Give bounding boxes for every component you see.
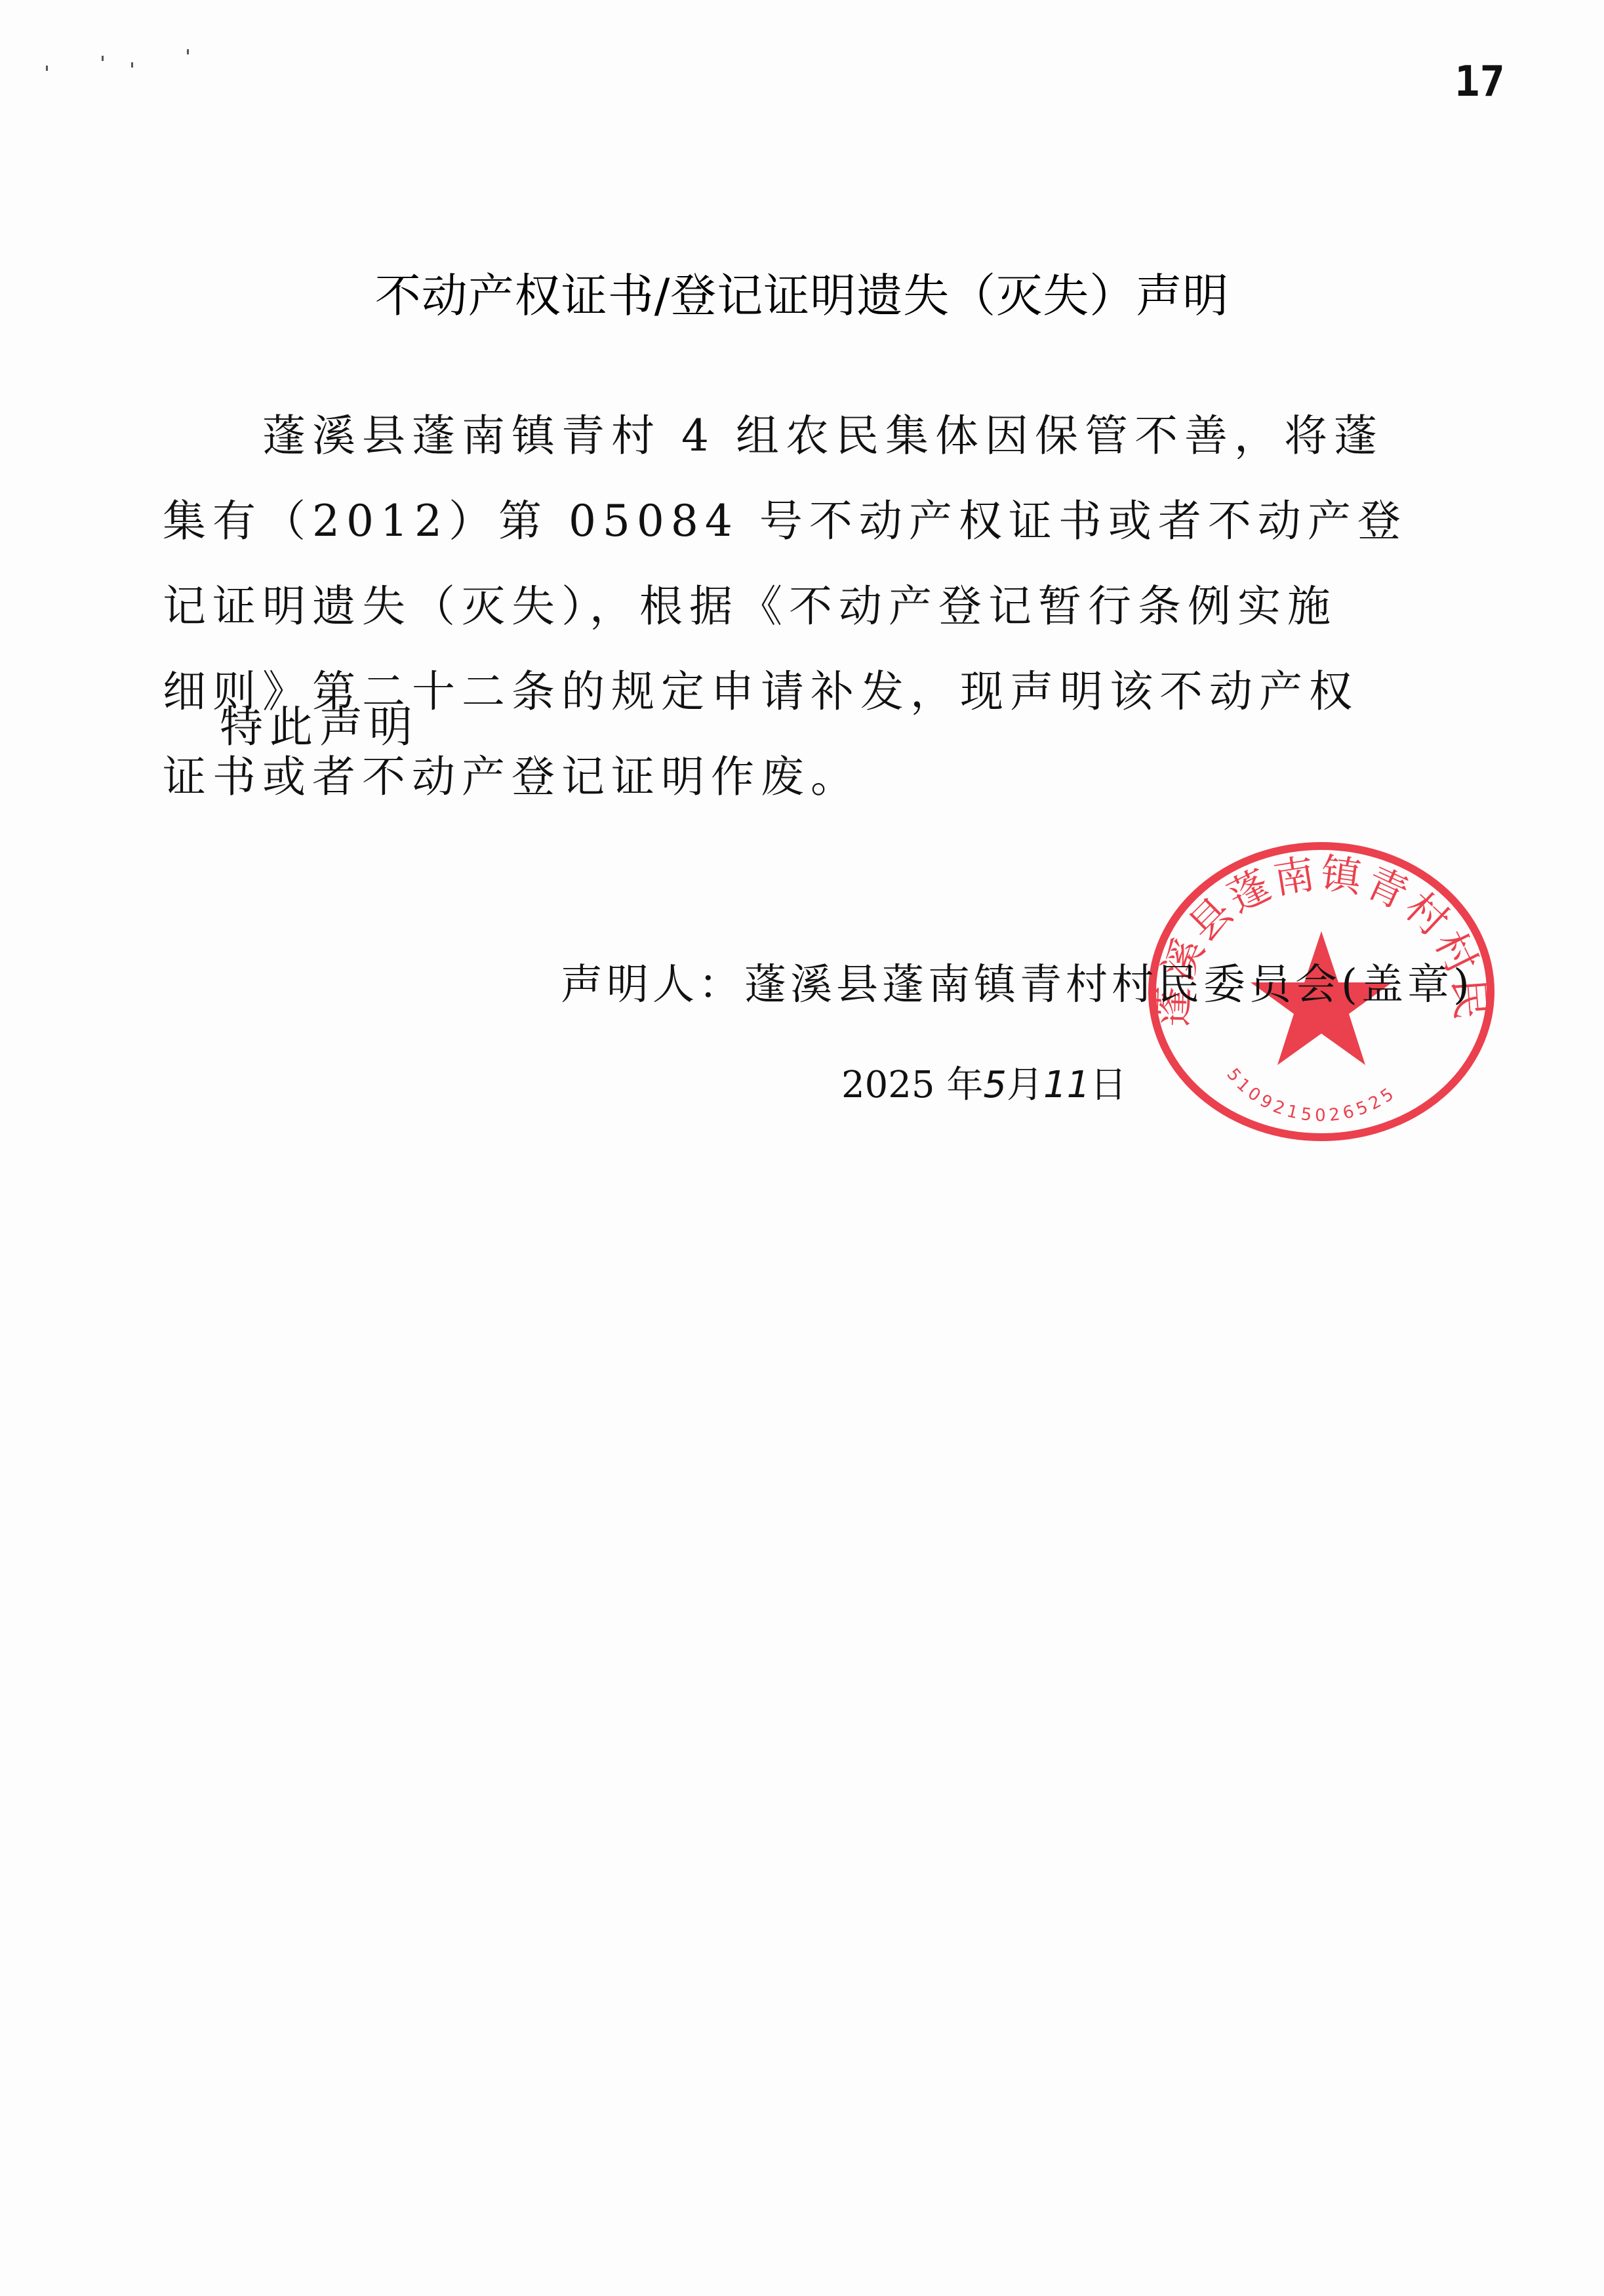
closing-statement: 特此声明 (220, 692, 419, 754)
scan-speck (46, 66, 48, 71)
declaration-date: 2025 年5月11日 (841, 1056, 1127, 1108)
date-month-handwritten: 5 (983, 1064, 1007, 1106)
scan-speck (187, 49, 189, 54)
date-month-suffix: 月 (1007, 1064, 1043, 1106)
scan-speck (131, 62, 133, 68)
declaration-body: 蓬溪县蓬南镇青村 4 组农民集体因保管不善，将蓬 集有（2012）第 05084… (163, 393, 1422, 820)
seal-code: 5109215026525 (1222, 1065, 1400, 1126)
svg-text:5109215026525: 5109215026525 (1222, 1065, 1400, 1126)
page-number: 17 (1454, 58, 1505, 106)
body-line: 集有（2012）第 05084 号不动产权证书或者不动产登 (163, 479, 1422, 564)
declarant-label: 声明人： (561, 961, 744, 1009)
document-title: 不动产权证书/登记证明遗失（灭失）声明 (0, 259, 1604, 325)
date-day-suffix: 日 (1090, 1064, 1127, 1106)
scan-speck (102, 56, 104, 61)
body-line: 蓬溪县蓬南镇青村 4 组农民集体因保管不善，将蓬 (163, 393, 1422, 479)
date-year-suffix: 年 (935, 1064, 984, 1106)
body-line: 记证明遗失（灭失），根据《不动产登记暂行条例实施 (163, 564, 1422, 649)
declarant-name: 蓬溪县蓬南镇青村村民委员会 (744, 961, 1341, 1009)
seal-note: (盖章) (1341, 961, 1474, 1009)
declarant: 声明人：蓬溪县蓬南镇青村村民委员会(盖章) (561, 951, 1474, 1011)
document-page: 17 不动产权证书/登记证明遗失（灭失）声明 蓬溪县蓬南镇青村 4 组农民集体因… (0, 0, 1604, 2296)
date-day-handwritten: 11 (1043, 1064, 1090, 1106)
date-year: 2025 (841, 1064, 935, 1106)
